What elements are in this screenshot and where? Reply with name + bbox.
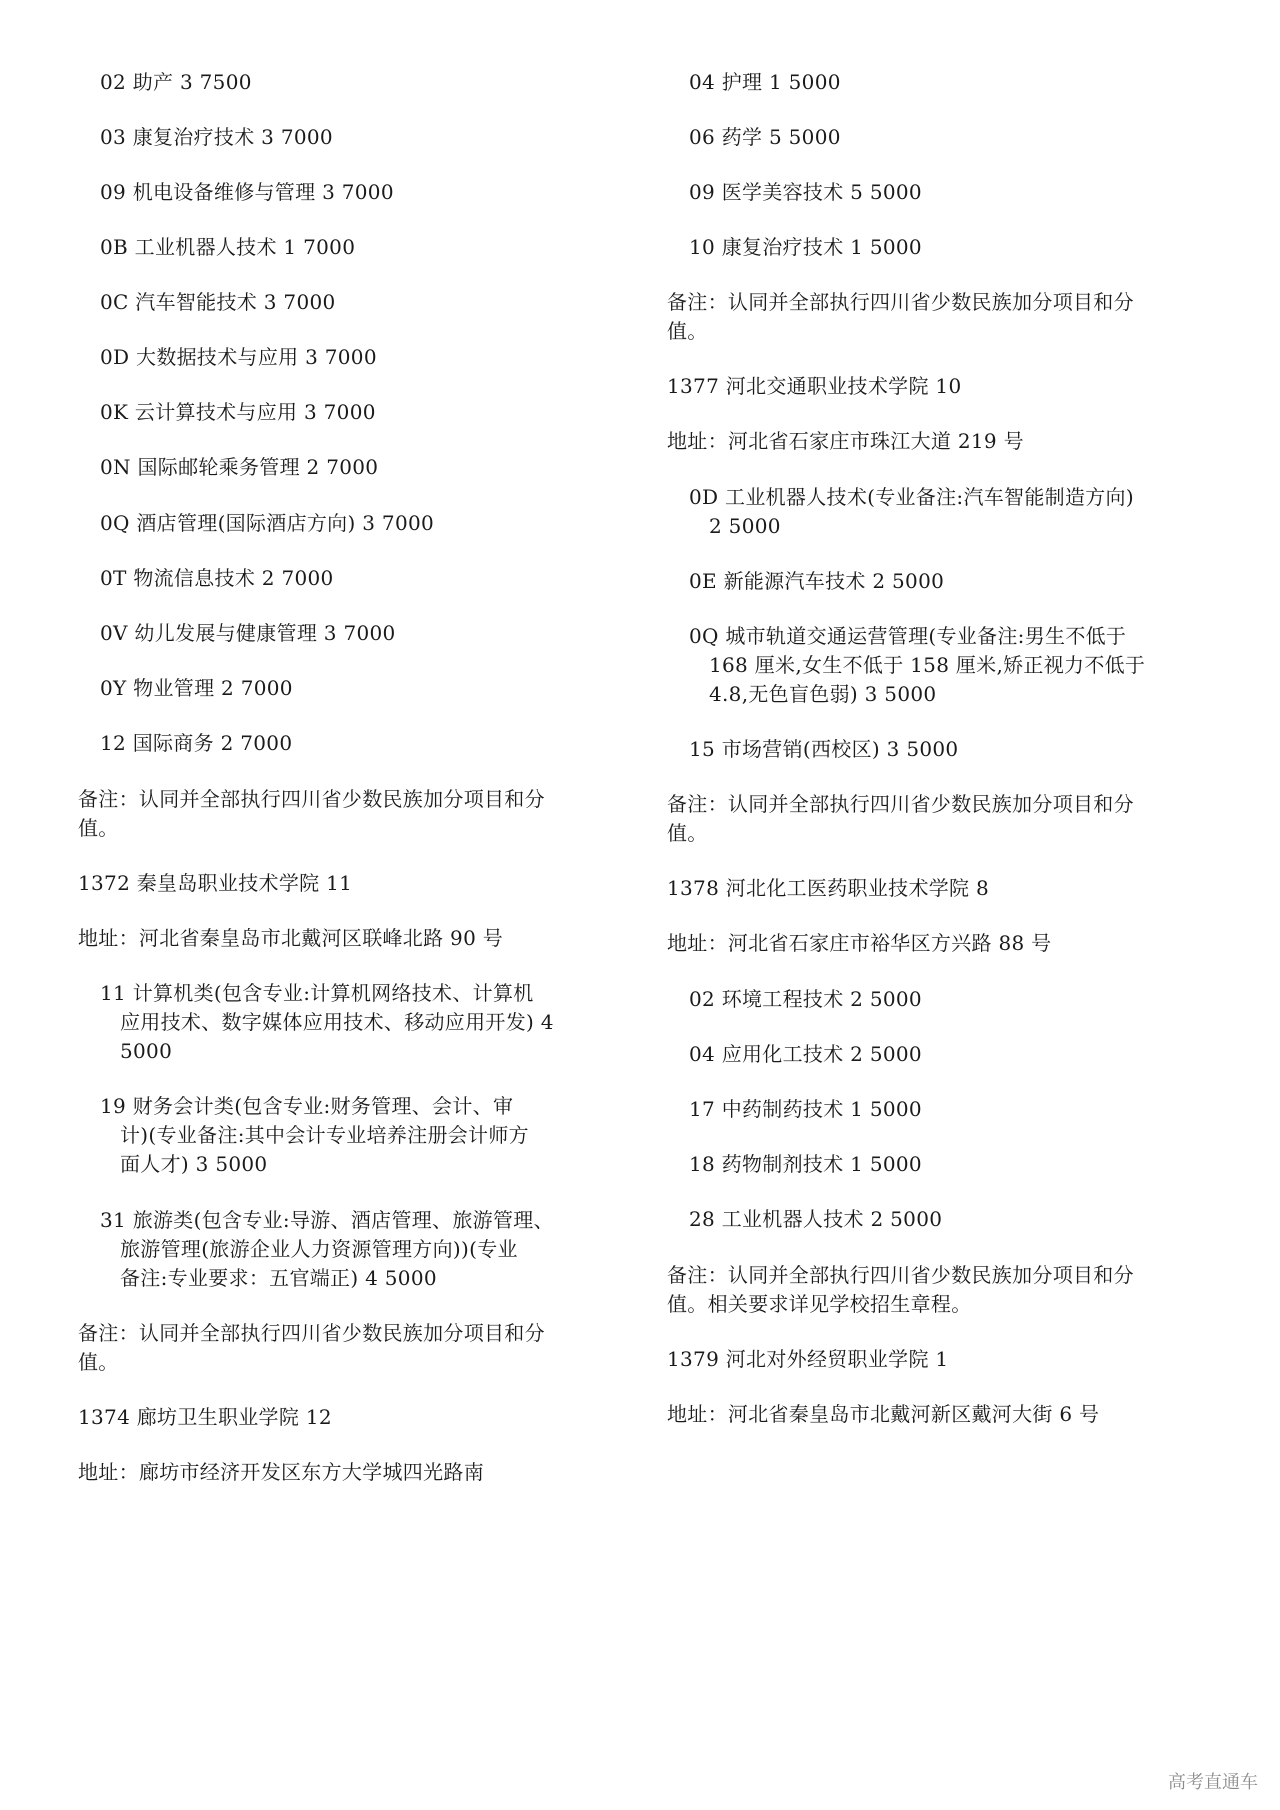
major-line-cont: 备注:专业要求：五官端正) 4 5000: [78, 1264, 437, 1293]
school-address: 地址：河北省秦皇岛市北戴河区联峰北路 90 号: [78, 924, 503, 953]
note-text: 备注：认同并全部执行四川省少数民族加分项目和分: [667, 790, 1134, 819]
major-line: 06 药学 5 5000: [667, 123, 841, 152]
major-line: 28 工业机器人技术 2 5000: [667, 1205, 942, 1234]
note-text: 备注：认同并全部执行四川省少数民族加分项目和分: [78, 1319, 545, 1348]
major-line: 0K 云计算技术与应用 3 7000: [78, 398, 376, 427]
major-line: 04 应用化工技术 2 5000: [667, 1040, 922, 1069]
watermark: 高考直通车: [1168, 1768, 1258, 1794]
school-address: 地址：河北省石家庄市裕华区方兴路 88 号: [667, 929, 1051, 958]
major-line: 10 康复治疗技术 1 5000: [667, 233, 922, 262]
note-text: 值。: [667, 819, 708, 848]
school-address: 地址：河北省秦皇岛市北戴河新区戴河大街 6 号: [667, 1400, 1099, 1429]
major-line: 04 护理 1 5000: [667, 68, 841, 97]
major-line: 0D 大数据技术与应用 3 7000: [78, 343, 377, 372]
note-text: 值。: [78, 814, 119, 843]
major-line-cont: 2 5000: [667, 512, 781, 541]
major-line-cont: 计)(专业备注:其中会计专业培养注册会计师方: [78, 1121, 529, 1150]
major-line: 15 市场营销(西校区) 3 5000: [667, 735, 958, 764]
major-line: 0C 汽车智能技术 3 7000: [78, 288, 336, 317]
note-text: 值。相关要求详见学校招生章程。: [667, 1290, 972, 1319]
major-line: 09 机电设备维修与管理 3 7000: [78, 178, 394, 207]
major-line: 31 旅游类(包含专业:导游、酒店管理、旅游管理、: [78, 1206, 554, 1235]
major-line: 0V 幼儿发展与健康管理 3 7000: [78, 619, 396, 648]
school-heading: 1374 廊坊卫生职业学院 12: [78, 1403, 332, 1432]
major-line-cont: 旅游管理(旅游企业人力资源管理方向))(专业: [78, 1235, 518, 1264]
note-text: 备注：认同并全部执行四川省少数民族加分项目和分: [667, 1261, 1134, 1290]
major-line: 17 中药制药技术 1 5000: [667, 1095, 922, 1124]
note-text: 值。: [667, 317, 708, 346]
major-line: 09 医学美容技术 5 5000: [667, 178, 922, 207]
major-line: 0E 新能源汽车技术 2 5000: [667, 567, 944, 596]
major-line-cont: 面人才) 3 5000: [78, 1150, 267, 1179]
major-line: 03 康复治疗技术 3 7000: [78, 123, 333, 152]
school-address: 地址：河北省石家庄市珠江大道 219 号: [667, 427, 1024, 456]
school-heading: 1372 秦皇岛职业技术学院 11: [78, 869, 352, 898]
major-line: 0D 工业机器人技术(专业备注:汽车智能制造方向): [667, 483, 1134, 512]
major-line: 0B 工业机器人技术 1 7000: [78, 233, 355, 262]
major-line-cont: 4.8,无色盲色弱) 3 5000: [667, 680, 936, 709]
major-line: 0Y 物业管理 2 7000: [78, 674, 293, 703]
major-line: 02 环境工程技术 2 5000: [667, 985, 922, 1014]
major-line: 12 国际商务 2 7000: [78, 729, 292, 758]
major-line: 18 药物制剂技术 1 5000: [667, 1150, 922, 1179]
major-line: 19 财务会计类(包含专业:财务管理、会计、审: [78, 1092, 513, 1121]
school-heading: 1378 河北化工医药职业技术学院 8: [667, 874, 989, 903]
major-line-cont: 5000: [78, 1037, 172, 1066]
school-address: 地址：廊坊市经济开发区东方大学城四光路南: [78, 1458, 484, 1487]
major-line-cont: 168 厘米,女生不低于 158 厘米,矫正视力不低于: [667, 651, 1145, 680]
major-line: 0N 国际邮轮乘务管理 2 7000: [78, 453, 378, 482]
major-line: 0Q 酒店管理(国际酒店方向) 3 7000: [78, 509, 434, 538]
note-text: 备注：认同并全部执行四川省少数民族加分项目和分: [667, 288, 1134, 317]
major-line-cont: 应用技术、数字媒体应用技术、移动应用开发) 4: [78, 1008, 554, 1037]
school-heading: 1377 河北交通职业技术学院 10: [667, 372, 961, 401]
school-heading: 1379 河北对外经贸职业学院 1: [667, 1345, 948, 1374]
major-line: 11 计算机类(包含专业:计算机网络技术、计算机: [78, 979, 534, 1008]
major-line: 02 助产 3 7500: [78, 68, 252, 97]
major-line: 0Q 城市轨道交通运营管理(专业备注:男生不低于: [667, 622, 1126, 651]
major-line: 0T 物流信息技术 2 7000: [78, 564, 334, 593]
note-text: 备注：认同并全部执行四川省少数民族加分项目和分: [78, 785, 545, 814]
note-text: 值。: [78, 1348, 119, 1377]
